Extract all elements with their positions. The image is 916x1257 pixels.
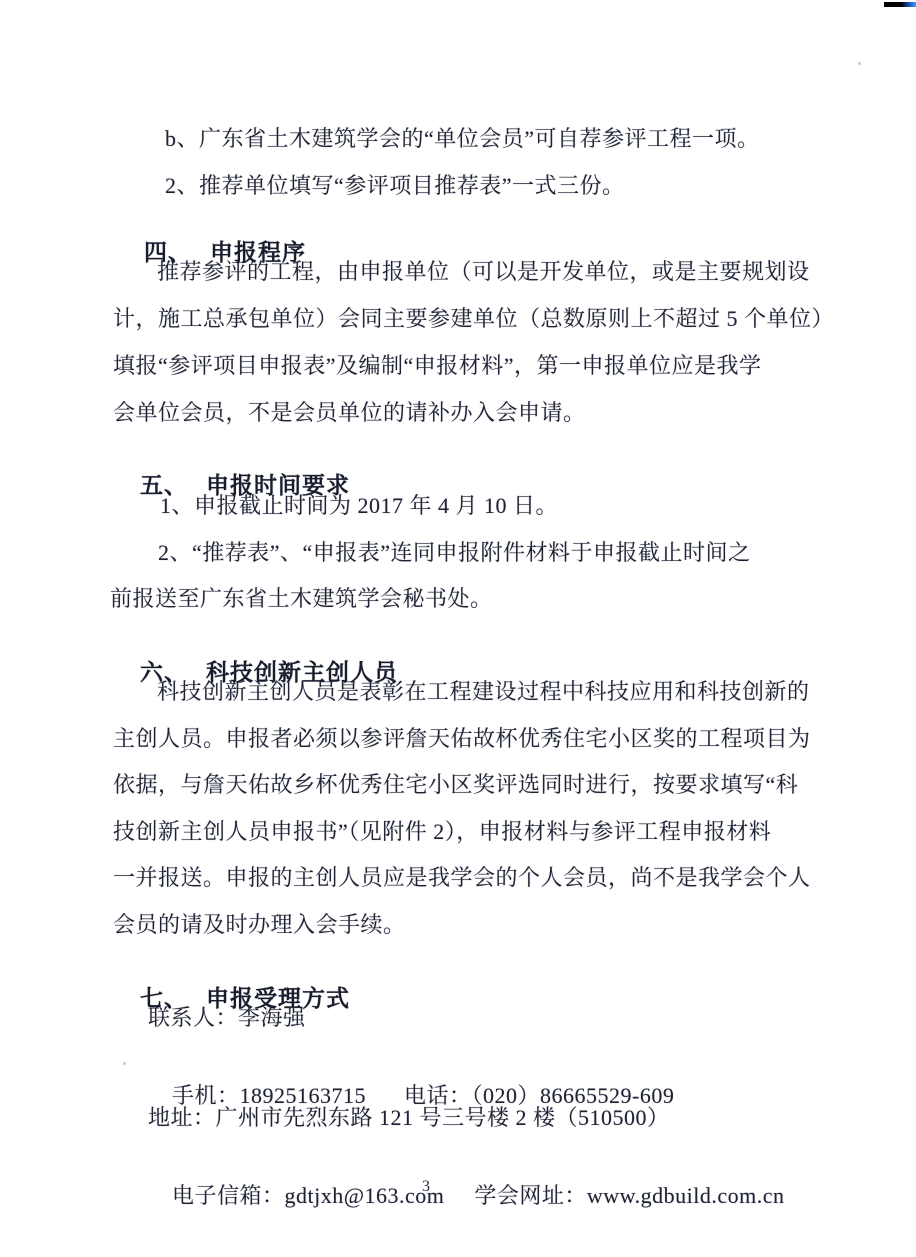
scan-speck: [858, 62, 861, 65]
contact-address: 地址：广州市先烈东路 121 号三号楼 2 楼（510500）: [148, 1104, 670, 1132]
paragraph-line: 填报“参评项目申报表”及编制“申报材料”，第一申报单位应是我学: [113, 352, 762, 380]
scanned-document-page: b、广东省土木建筑学会的“单位会员”可自荐参评工程一项。 2、推荐单位填写“参评…: [0, 0, 916, 1257]
list-item-b: b、广东省土木建筑学会的“单位会员”可自荐参评工程一项。: [165, 125, 760, 153]
paragraph-line: 推荐参评的工程，由申报单位（可以是开发单位，或是主要规划设: [157, 258, 810, 286]
paragraph-line: 一并报送。申报的主创人员应是我学会的个人会员，尚不是我学会个人: [113, 864, 811, 892]
scan-speck: [123, 1062, 126, 1065]
scan-artifact-strip: [884, 2, 916, 7]
contact-email: 电子信箱：gdtjxh@163.com: [172, 1183, 444, 1208]
page-number: 3: [422, 1178, 430, 1196]
paragraph-line: 会员的请及时办理入会手续。: [113, 911, 406, 939]
paragraph-line: 科技创新主创人员是表彰在工程建设过程中科技应用和科技创新的: [157, 678, 810, 706]
list-item-2: 2、推荐单位填写“参评项目推荐表”一式三份。: [165, 172, 625, 200]
paragraph-line: 计，施工总承包单位）会同主要参建单位（总数原则上不超过 5 个单位）: [113, 305, 834, 333]
paragraph-line: 主创人员。申报者必须以参评詹天佑故杯优秀住宅小区奖的工程项目为: [113, 725, 811, 753]
contact-online: 电子信箱：gdtjxh@163.com学会网址：www.gdbuild.com.…: [148, 1154, 784, 1238]
contact-website: 学会网址：www.gdbuild.com.cn: [474, 1183, 784, 1208]
contact-person: 联系人：李海强: [148, 1004, 306, 1032]
paragraph-line: 会单位会员，不是会员单位的请补办入会申请。: [113, 399, 586, 427]
paragraph-line: 依据，与詹天佑故乡杯优秀住宅小区奖评选同时进行，按要求填写“科: [113, 771, 798, 799]
numbered-item-1: 1、申报截止时间为 2017 年 4 月 10 日。: [160, 492, 558, 520]
numbered-item-2-line1: 2、“推荐表”、“申报表”连同申报附件材料于申报截止时间之: [158, 539, 751, 567]
paragraph-line: 技创新主创人员申报书”（见附件 2），申报材料与参评工程申报材料: [113, 818, 771, 846]
numbered-item-2-line2: 前报送至广东省土木建筑学会秘书处。: [110, 585, 493, 613]
